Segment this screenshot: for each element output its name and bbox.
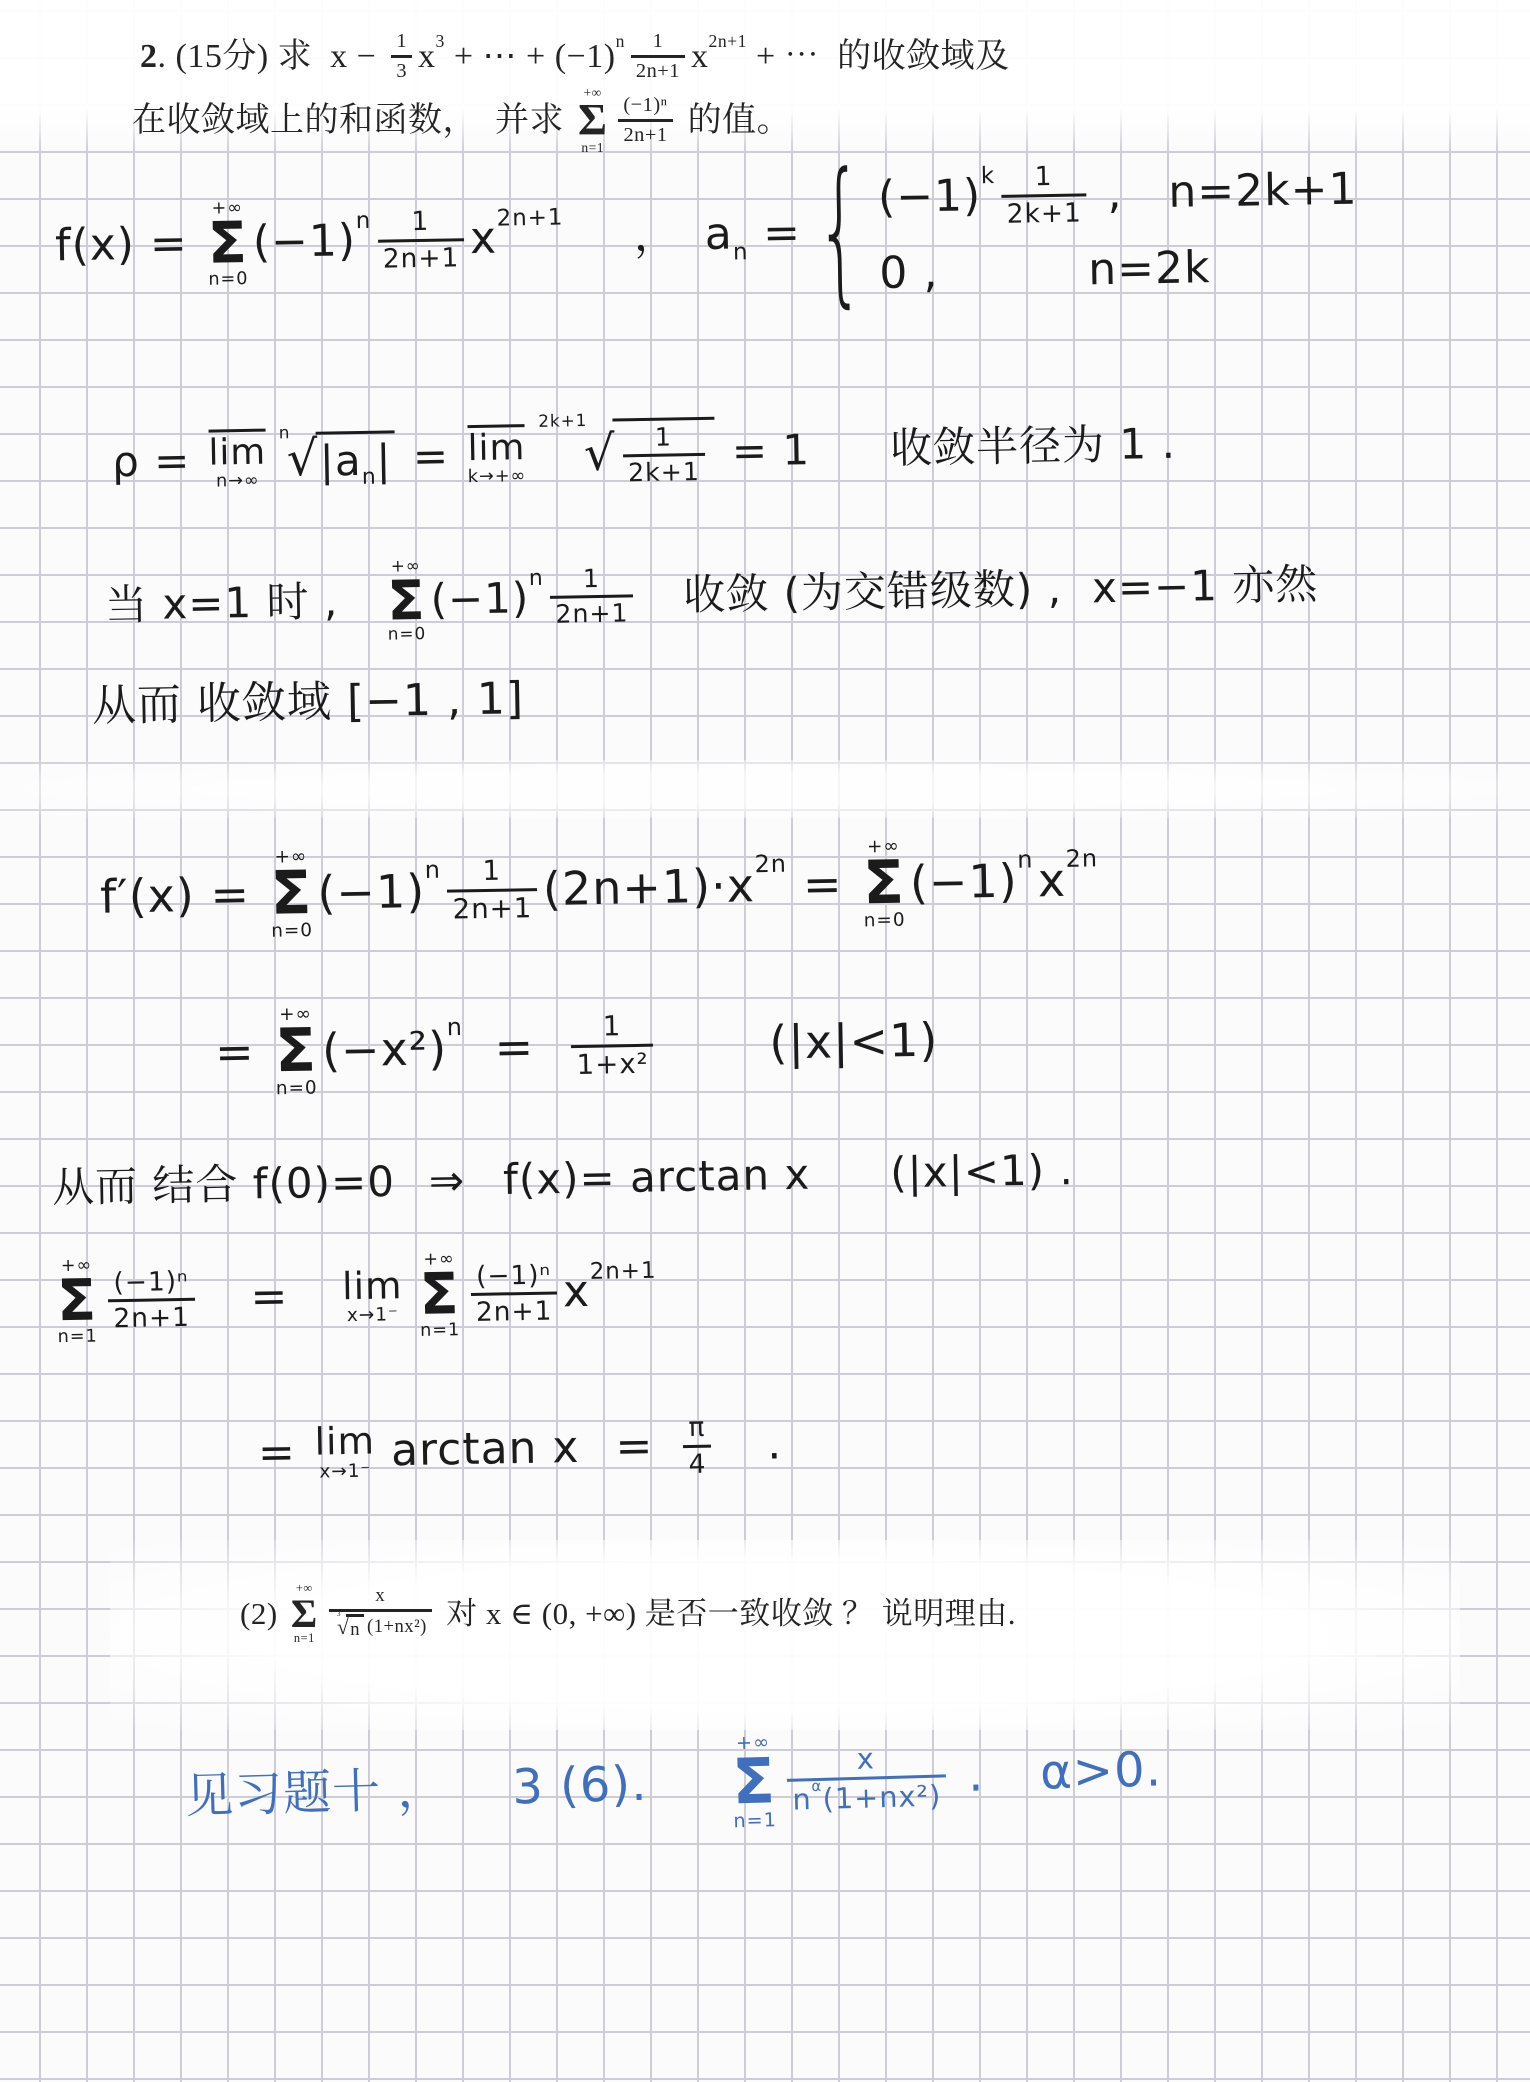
math-fraction: 12k+1	[622, 423, 705, 488]
subscript: n	[362, 465, 377, 490]
limit-under: k→+∞	[468, 468, 527, 487]
numerator: π	[683, 1413, 710, 1445]
math-fraction: 12n+1	[550, 564, 634, 629]
sigma-sum: +∞Σn=0	[862, 837, 905, 931]
math-text: x	[856, 1742, 875, 1775]
sigma-icon: Σ	[57, 1275, 98, 1328]
denominator: 2n+1	[618, 119, 672, 147]
denominator: 3	[391, 55, 412, 83]
math-text: 3	[396, 60, 407, 83]
math-fraction: 12n+1	[377, 207, 465, 275]
math-fraction: 13	[391, 30, 412, 83]
denominator: 2n+1	[631, 55, 685, 83]
denominator: 2n+1	[447, 888, 537, 925]
exponent: α	[811, 1778, 822, 1795]
math-text: (|x|<1) .	[890, 1146, 1074, 1197]
sigma-sum: +∞Σn=1	[731, 1732, 777, 1831]
root-index: 3	[337, 1610, 341, 1618]
sigma-sum: +∞Σn=1	[291, 1582, 318, 1645]
limit: limk→+∞	[467, 424, 526, 486]
sigma-icon: Σ	[291, 1595, 318, 1632]
math-text: 1	[482, 856, 501, 887]
limit-word: lim	[208, 429, 266, 472]
math-text: 1	[602, 1012, 621, 1043]
exponent: 3	[436, 31, 445, 51]
math-text: .	[767, 1419, 783, 1470]
math-text: ⇒	[429, 1157, 466, 1206]
limit: limn→∞	[208, 429, 267, 491]
math-text: 见习题十 ，	[184, 1763, 447, 1825]
math-power: (−1)n	[317, 865, 442, 920]
math-text: f(x) =	[55, 219, 204, 272]
math-text: f′(x) =	[100, 868, 266, 924]
numerator: x	[370, 1586, 390, 1609]
exponent: n	[355, 208, 371, 235]
math-text: =	[250, 1273, 289, 1324]
limit-word: lim	[342, 1267, 403, 1305]
math-text: arctan x	[391, 1423, 580, 1477]
sum-lower-limit: n=0	[208, 270, 248, 289]
radicand: |an|	[315, 430, 396, 486]
sigma-icon: Σ	[863, 856, 906, 912]
base: (−1)	[317, 865, 426, 920]
math-text: 的值。	[679, 101, 792, 140]
math-spacer	[564, 237, 634, 238]
paper-wash-middle	[0, 760, 1530, 818]
math-text: (|x|<1)	[769, 1014, 939, 1070]
math-text: 当 x=1 时 ,	[105, 577, 339, 629]
base: x	[418, 37, 436, 76]
math-text: =	[398, 432, 464, 481]
notebook-page: 2. (15分) 求 x − 13x3 + ⋯ + (−1)n12n+1x2n+…	[0, 0, 1530, 2082]
math-fraction: 11+x²	[571, 1011, 654, 1081]
math-text: =	[748, 208, 817, 260]
exponent: 2n	[754, 851, 787, 879]
math-text: =	[258, 1427, 312, 1479]
limit: limx→1⁻	[342, 1267, 403, 1326]
math-text: 0 ,	[879, 248, 939, 300]
denominator: 1+x²	[571, 1044, 654, 1081]
sigma-icon: Σ	[419, 1269, 460, 1322]
math-text: α>0.	[1039, 1743, 1162, 1802]
math-text: 2n+1	[452, 893, 532, 925]
math-text: 1+x²	[576, 1049, 649, 1081]
base: n	[792, 1784, 812, 1817]
numerator: 1	[650, 423, 678, 454]
math-fraction: (−1)ⁿ2n+1	[470, 1260, 558, 1328]
sigma-sum: +∞Σn=1	[56, 1256, 98, 1346]
math-subscripted: |an	[319, 436, 377, 485]
numerator: 1	[391, 30, 412, 55]
denominator: nα(1+nx²)	[787, 1775, 947, 1817]
numerator: x	[851, 1742, 880, 1777]
denominator: 3√n(1+nx²)	[329, 1609, 432, 1641]
math-text: 2n+1	[383, 243, 460, 274]
subscript: n	[733, 239, 749, 266]
sum-lower-limit: n=0	[864, 911, 906, 931]
denominator: 2n+1	[550, 595, 634, 630]
math-spacer	[810, 448, 890, 449]
endpoint-check-line: 当 x=1 时 ,+∞Σn=0(−1)n12n+1收敛 (为交错级数) ,x=−…	[104, 541, 1319, 648]
sum-lower-limit: n=1	[294, 1632, 315, 1645]
math-text: f(x)= arctan x	[503, 1151, 811, 1205]
exponent: n	[1017, 846, 1034, 874]
root-index: 2k+1	[538, 411, 587, 431]
base: (−1)	[430, 574, 530, 624]
math-text: (2n+1)·	[543, 860, 728, 916]
sigma-sum: +∞Σn=0	[386, 557, 426, 643]
math-power: (−1)n	[555, 37, 625, 76]
math-text: 在收敛域上的和函数， 并求	[132, 101, 573, 140]
base: a	[704, 210, 733, 261]
cases-row: (−1)k12k+1 ,n=2k+1	[877, 157, 1358, 231]
math-power: x2n	[1037, 854, 1099, 908]
math-text: 1	[583, 565, 601, 594]
math-spacer	[579, 1447, 615, 1448]
math-text: π	[688, 1413, 705, 1443]
denominator: 2k+1	[1001, 193, 1087, 229]
math-spacer	[395, 1181, 429, 1182]
problem-2-statement-line-1: 2. (15分) 求 x − 13x3 + ⋯ + (−1)n12n+1x2n+…	[140, 30, 1010, 83]
root-index: n	[279, 423, 291, 443]
math-text: =	[463, 1021, 566, 1076]
math-fraction: 12n+1	[631, 30, 685, 83]
math-text: 4	[688, 1449, 706, 1479]
math-fraction: xnα(1+nx²)	[786, 1741, 947, 1817]
numerator: (−1)ⁿ	[618, 94, 672, 119]
math-spacer	[288, 1297, 338, 1298]
math-power: nα	[792, 1783, 823, 1816]
denominator: 2n+1	[378, 238, 465, 274]
brace-icon: {	[815, 154, 866, 312]
radical: 3√n	[337, 1614, 364, 1641]
arctan-conclusion-line: 从而 结合 f(0)=0⇒f(x)= arctan x(|x|<1) .	[52, 1146, 1075, 1212]
math-text: + ⋯ +	[445, 37, 555, 76]
sigma-icon: Σ	[578, 100, 607, 141]
pi-over-4-result-line: = limx→1⁻arctan x=π4.	[257, 1411, 782, 1486]
base: x	[1037, 854, 1066, 907]
math-text: |	[376, 436, 392, 485]
numerator: (−1)ⁿ	[471, 1260, 557, 1293]
sigma-sum: +∞Σn=1	[419, 1250, 461, 1340]
numerator: 1	[406, 207, 434, 239]
exponent: n	[425, 857, 442, 885]
limit-under: n→∞	[216, 472, 260, 490]
sigma-icon: Σ	[275, 1024, 318, 1080]
math-spacer	[201, 1299, 251, 1300]
math-fraction: (−1)ⁿ2n+1	[618, 94, 672, 147]
math-text: 2n+1	[623, 124, 667, 147]
exponent: 2n+1	[709, 31, 747, 51]
math-subscripted: an	[704, 209, 748, 260]
math-text: + ⋯ 的收敛域及	[747, 37, 1010, 76]
math-power: x2n+1	[691, 37, 747, 76]
math-text: 1	[653, 30, 664, 53]
math-spacer	[647, 1782, 727, 1784]
math-text: 收敛半径为 1 .	[890, 419, 1177, 472]
base: (−1)	[555, 37, 616, 76]
problem-2-statement-line-2: 在收敛域上的和函数， 并求 +∞Σn=1(−1)ⁿ2n+1 的值。	[132, 86, 791, 155]
denominator: 2n+1	[471, 1292, 558, 1328]
math-power: (−x²)n	[322, 1022, 464, 1077]
sum-lower-limit: n=0	[276, 1079, 318, 1099]
math-spacer	[338, 600, 382, 601]
math-text: 2k+1	[628, 458, 700, 487]
exponent: n	[529, 566, 544, 591]
math-text: x	[375, 1586, 385, 1607]
math-fraction: π4	[683, 1413, 712, 1480]
exponent: n	[447, 1014, 464, 1042]
base: (−1)	[878, 171, 982, 223]
math-text: 3 (6).	[512, 1757, 649, 1816]
cases-column: (−1)k12k+1 ,n=2k+10 ,n=2k	[877, 157, 1359, 300]
geometric-sum-line: = +∞Σn=0(−x²)n = 11+x²(|x|<1)	[214, 994, 939, 1100]
grid-top-ticks	[0, 0, 1530, 12]
math-text: =	[215, 1026, 271, 1080]
numerator: 1	[648, 30, 669, 55]
math-text: ρ =	[112, 436, 205, 486]
base: (−1)	[910, 855, 1019, 910]
math-spacer	[639, 595, 683, 596]
base: x	[691, 37, 709, 76]
exponent: k	[981, 163, 996, 190]
fx-series-definition-line: f(x) = +∞Σn=0(−1)n12n+1x2n+1，an = {(−1)k…	[54, 157, 1359, 314]
numerator: 1	[477, 856, 506, 889]
math-text: 2n+1	[113, 1303, 190, 1334]
exponent: 2n+1	[496, 205, 563, 232]
math-text: = 1	[717, 426, 810, 476]
sigma-icon: Σ	[270, 866, 313, 922]
math-text: 1	[411, 207, 429, 237]
sigma-icon: Σ	[207, 217, 248, 270]
radical-icon: √	[584, 429, 617, 478]
denominator: 2n+1	[108, 1298, 195, 1334]
math-spacer	[984, 1774, 1040, 1776]
math-spacer	[659, 1043, 769, 1045]
base: (−x²)	[322, 1023, 448, 1078]
math-text: 1	[396, 30, 407, 53]
math-power: x2n+1	[563, 1266, 658, 1318]
math-text: n=2k	[1088, 243, 1211, 296]
base: |a	[319, 436, 362, 485]
numerator: (−1)ⁿ	[108, 1267, 194, 1300]
math-power: (−1)k	[878, 171, 996, 224]
numerator: 1	[597, 1012, 626, 1045]
math-text: (−1)ⁿ	[113, 1267, 189, 1298]
math-spacer	[1062, 588, 1092, 589]
math-text: .	[951, 1748, 985, 1804]
sum-equals-limit-line: +∞Σn=1(−1)ⁿ2n+1=limx→1⁻+∞Σn=1(−1)ⁿ2n+1x2…	[51, 1247, 657, 1347]
math-text: (−1)ⁿ	[476, 1260, 552, 1291]
base: x	[726, 860, 755, 913]
sum-lower-limit: n=0	[388, 625, 427, 643]
math-fraction: 12n+1	[447, 856, 538, 926]
exponent: n	[616, 31, 625, 51]
sigma-icon: Σ	[731, 1752, 776, 1811]
math-fraction: 12k+1	[1001, 161, 1087, 229]
exponent: 2n+1	[590, 1258, 657, 1285]
numerator: 1	[1029, 162, 1057, 194]
math-text: 从而 结合 f(0)=0	[52, 1158, 396, 1212]
blue-reference-note: 见习题十 ，3 (6).+∞Σn=1xnα(1+nx²) .α>0.	[184, 1721, 1163, 1846]
math-text: (−1)ⁿ	[623, 94, 667, 117]
math-fraction: x3√n(1+nx²)	[329, 1586, 432, 1641]
denominator: 4	[683, 1444, 711, 1479]
sigma-sum: +∞Σn=0	[270, 847, 313, 941]
sigma-sum: +∞Σn=0	[207, 199, 249, 289]
radicand: n	[346, 1614, 364, 1641]
math-fraction: (−1)ⁿ2n+1	[108, 1267, 196, 1335]
radical: n√|an|	[279, 430, 396, 486]
derivative-series-line: f′(x) = +∞Σn=0(−1)n12n+1(2n+1)·x2n = +∞Σ…	[99, 833, 1099, 944]
sum-lower-limit: n=0	[271, 921, 313, 941]
base: x	[563, 1267, 591, 1318]
base: x	[470, 214, 498, 265]
math-text: x=−1 亦然	[1092, 560, 1319, 612]
radicand: 12k+1	[612, 417, 715, 488]
math-spacer	[810, 1173, 890, 1174]
convergence-domain-line: 从而 收敛域 [−1 , 1]	[92, 674, 525, 732]
sum-lower-limit: n=1	[58, 1328, 98, 1347]
math-text: 对 x ∈ (0, +∞) 是否一致收敛 ？ 说明理由.	[438, 1596, 1016, 1632]
sum-lower-limit: n=1	[581, 141, 604, 155]
math-spacer	[938, 271, 1088, 274]
math-text: 1	[1034, 162, 1052, 192]
math-text: 2n+1	[476, 1297, 553, 1328]
sigma-sum: +∞Σn=0	[274, 1005, 317, 1099]
math-text: 2k+1	[1007, 198, 1082, 229]
math-text: ,	[1092, 169, 1123, 220]
piecewise-cases: {(−1)k12k+1 ,n=2k+10 ,n=2k	[815, 157, 1359, 301]
math-power: (−1)n	[252, 216, 372, 269]
math-text: 2n+1	[636, 60, 680, 83]
math-text: 从而 收敛域 [−1 , 1]	[92, 674, 525, 732]
limit-under: x→1⁻	[347, 1306, 399, 1325]
cases-row: 0 ,n=2k	[879, 241, 1359, 300]
limit: limx→1⁻	[314, 1423, 375, 1482]
radical: 2k+1√12k+1	[538, 417, 715, 489]
math-text: 2n+1	[555, 600, 629, 629]
math-spacer	[1122, 193, 1168, 194]
radical-icon: √	[286, 434, 319, 483]
math-text: (1+nx²)	[822, 1780, 942, 1816]
base: (−1)	[252, 216, 356, 268]
math-text: n=2k+1	[1168, 164, 1358, 218]
math-spacer	[465, 1180, 503, 1181]
math-text: (2)	[240, 1596, 286, 1632]
limit-word: lim	[314, 1423, 375, 1461]
math-power: x2n	[726, 859, 788, 913]
limit-under: x→1⁻	[319, 1462, 371, 1481]
math-text: =	[787, 858, 859, 912]
math-power: x2n+1	[470, 213, 565, 265]
math-text: . (15分) 求 x −	[158, 37, 386, 76]
sigma-icon: Σ	[387, 575, 426, 626]
math-power: x3	[418, 37, 445, 76]
math-text: 收敛 (为交错级数) ,	[683, 564, 1063, 619]
numerator: 1	[578, 565, 606, 596]
sum-lower-limit: n=1	[733, 1810, 777, 1831]
math-power: (−1)n	[430, 574, 544, 624]
math-text: 1	[655, 424, 673, 453]
math-text: =	[615, 1421, 654, 1472]
math-text-bold: 2	[140, 37, 158, 76]
math-text: ，	[633, 211, 679, 262]
math-power: (−1)n	[910, 855, 1035, 910]
denominator: 2k+1	[623, 453, 705, 488]
math-spacer	[717, 1445, 767, 1446]
radius-of-convergence-line: ρ = limn→∞n√|an| = limk→+∞2k+1√12k+1 = 1…	[111, 409, 1176, 497]
math-text: n	[350, 1620, 360, 1641]
problem-2-part-2-statement: (2) +∞Σn=1x3√n(1+nx²) 对 x ∈ (0, +∞) 是否一致…	[240, 1582, 1016, 1645]
math-text: (1+nx²)	[367, 1617, 427, 1638]
sigma-sum: +∞Σn=1	[578, 86, 607, 155]
limit-word: lim	[467, 424, 525, 467]
math-spacer	[446, 1788, 512, 1790]
exponent: 2n	[1065, 845, 1098, 873]
sum-lower-limit: n=1	[420, 1321, 460, 1340]
